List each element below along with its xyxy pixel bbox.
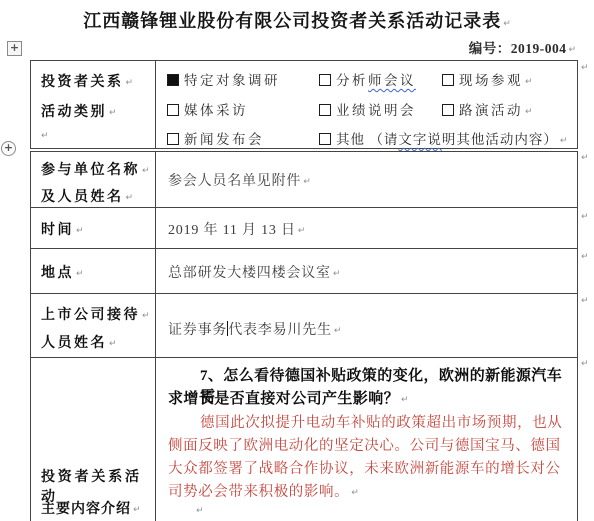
reception-label-line1: 上市公司接待 [41, 308, 140, 323]
document-number-label: 编号： [469, 41, 511, 56]
paragraph-mark-icon: ↵ [581, 252, 589, 262]
paragraph-mark-icon: ↵ [142, 311, 150, 321]
checkbox-unchecked-icon[interactable] [442, 104, 454, 116]
activity-category-label-line2: 活动类别↵ [41, 101, 117, 121]
participants-value: 参会人员名单见附件 [168, 174, 301, 189]
option-roadshow[interactable]: 路演活动↵ [442, 99, 533, 119]
time-row: 时间↵ 2019 年 11 月 13 日↵ [31, 208, 577, 249]
reception-label-cell: 上市公司接待↵ 人员姓名↵ [31, 294, 156, 357]
paragraph-mark-icon: ↵ [503, 19, 511, 29]
paragraph-mark-icon: ↵ [126, 193, 134, 203]
main-content-label-cell: 投资者关系活动 主要内容介绍↵ [31, 358, 156, 521]
paragraph-mark-icon: ↵ [133, 505, 141, 515]
paragraph-mark-icon: ↵ [109, 108, 117, 118]
option-press-conference[interactable]: 新闻发布会 [167, 128, 264, 148]
spellcheck-wavy-underline: 文字说 [398, 132, 442, 147]
insert-row-handle-icon[interactable]: + [1, 141, 16, 156]
paragraph-mark-icon: ↵ [126, 78, 134, 88]
participants-row: 参与单位名称↵ 及人员姓名↵ 参会人员名单见附件↵ [31, 152, 577, 208]
paragraph-mark-icon: ↵ [581, 359, 589, 369]
spellcheck-wavy-underline: 师会议 [368, 73, 416, 88]
checkbox-unchecked-icon[interactable] [319, 133, 331, 145]
paragraph-mark-icon: ↵ [333, 269, 341, 279]
location-label-cell: 地点↵ [31, 249, 156, 293]
reception-label-line2: 人员姓名 [41, 336, 107, 351]
paragraph-mark-icon: ↵ [525, 77, 533, 87]
paragraph-mark-icon: ↵ [560, 136, 568, 146]
activity-category-label-line1: 投资者关系↵ [41, 71, 133, 91]
paragraph-mark-icon: ↵ [581, 63, 589, 73]
location-label: 地点 [41, 266, 74, 281]
document-title-text: 江西赣锋锂业股份有限公司投资者关系活动记录表 [83, 11, 501, 31]
paragraph-mark-icon: ↵ [76, 226, 84, 236]
paragraph-mark-icon: ↵ [581, 153, 589, 163]
reception-value-after-cursor: 代表李易川先生 [228, 323, 332, 338]
question-line-2: 求增长是否直接对公司产生影响？ [168, 391, 399, 407]
paragraph-mark-icon: ↵ [351, 488, 359, 498]
time-label: 时间 [41, 223, 74, 238]
answer-line-2: 侧面反映了欧洲电动化的坚定决心。公司与德国宝马、德国 [168, 434, 561, 455]
participants-label-line1: 参与单位名称 [41, 163, 140, 178]
checkbox-checked-icon[interactable] [167, 74, 179, 86]
paragraph-mark-icon: ↵ [76, 269, 84, 279]
main-content-row: 投资者关系活动 主要内容介绍↵ 7、怎么看待德国补贴政策的变化，欧洲的新能源汽车… [31, 358, 577, 521]
option-specific-object-research[interactable]: 特定对象调研 [167, 69, 280, 89]
paragraph-mark-icon: ↵ [581, 296, 589, 306]
option-earnings-briefing[interactable]: 业绩说明会 [319, 99, 416, 119]
checkbox-unchecked-icon[interactable] [319, 74, 331, 86]
paragraph-mark-icon: ↵ [525, 107, 533, 117]
checkbox-unchecked-icon[interactable] [442, 74, 454, 86]
checkbox-unchecked-icon[interactable] [167, 133, 179, 145]
answer-line-1: 德国此次拟提升电动车补贴的政策超出市场预期，也从 [200, 411, 562, 432]
paragraph-mark-icon: ↵ [142, 166, 150, 176]
paragraph-mark-icon: ↵ [109, 339, 117, 349]
location-row: 地点↵ 总部研发大楼四楼会议室↵ [31, 249, 577, 294]
option-media-interview[interactable]: 媒体采访 [167, 99, 248, 119]
paragraph-mark-icon: ↵ [41, 131, 49, 141]
reception-row: 上市公司接待↵ 人员姓名↵ 证券事务代表李易川先生↵ [31, 294, 577, 358]
option-analyst-meeting[interactable]: 分析师会议 [319, 69, 416, 89]
paragraph-mark-icon: ↵ [298, 226, 306, 236]
activity-category-table: 投资者关系↵ 活动类别↵ ↵ 特定对象调研 分析师会议 现场参观↵ 媒体采访 业… [30, 60, 578, 149]
activity-category-label-cell: 投资者关系↵ 活动类别↵ ↵ [31, 61, 156, 148]
location-value: 总部研发大楼四楼会议室 [168, 266, 331, 281]
document-title: 江西赣锋锂业股份有限公司投资者关系活动记录表↵ [0, 7, 594, 33]
time-value: 2019 年 11 月 13 日 [168, 223, 296, 238]
option-site-visit[interactable]: 现场参观↵ [442, 69, 533, 89]
paragraph-mark-icon: ↵ [334, 326, 342, 336]
answer-line-4: 司势必会带来积极的影响。 [168, 484, 349, 500]
document-number: 编号：2019-004↵ [469, 37, 576, 57]
activity-category-options-cell: 特定对象调研 分析师会议 现场参观↵ 媒体采访 业绩说明会 路演活动↵ 新闻发布… [156, 61, 577, 148]
paragraph-mark-icon: ↵ [568, 45, 576, 55]
time-label-cell: 时间↵ [31, 208, 156, 248]
record-details-table: 参与单位名称↵ 及人员姓名↵ 参会人员名单见附件↵ 时间↵ 2019 年 11 … [30, 151, 578, 521]
paragraph-mark-icon: ↵ [196, 506, 204, 516]
paragraph-mark-icon: ↵ [401, 395, 409, 405]
paragraph-mark-icon: ↵ [581, 212, 589, 222]
document-number-value: 2019-004 [511, 41, 567, 56]
participants-label-cell: 参与单位名称↵ 及人员姓名↵ [31, 152, 156, 207]
answer-line-3: 大众都签署了战略合作协议，未来欧洲新能源车的增长对公 [168, 457, 561, 478]
main-content-label-line2: 主要内容介绍 [41, 502, 131, 517]
word-document-page: 江西赣锋锂业股份有限公司投资者关系活动记录表↵ 编号：2019-004↵ + +… [0, 0, 594, 521]
paragraph-mark-icon: ↵ [303, 177, 311, 187]
checkbox-unchecked-icon[interactable] [167, 104, 179, 116]
checkbox-unchecked-icon[interactable] [319, 104, 331, 116]
option-other[interactable]: 其他 （请文字说明其他活动内容）↵ [319, 128, 567, 148]
table-move-handle-icon[interactable]: + [7, 41, 22, 56]
participants-label-line2: 及人员姓名 [41, 190, 124, 205]
reception-value-before-cursor: 证券事务 [168, 323, 227, 338]
